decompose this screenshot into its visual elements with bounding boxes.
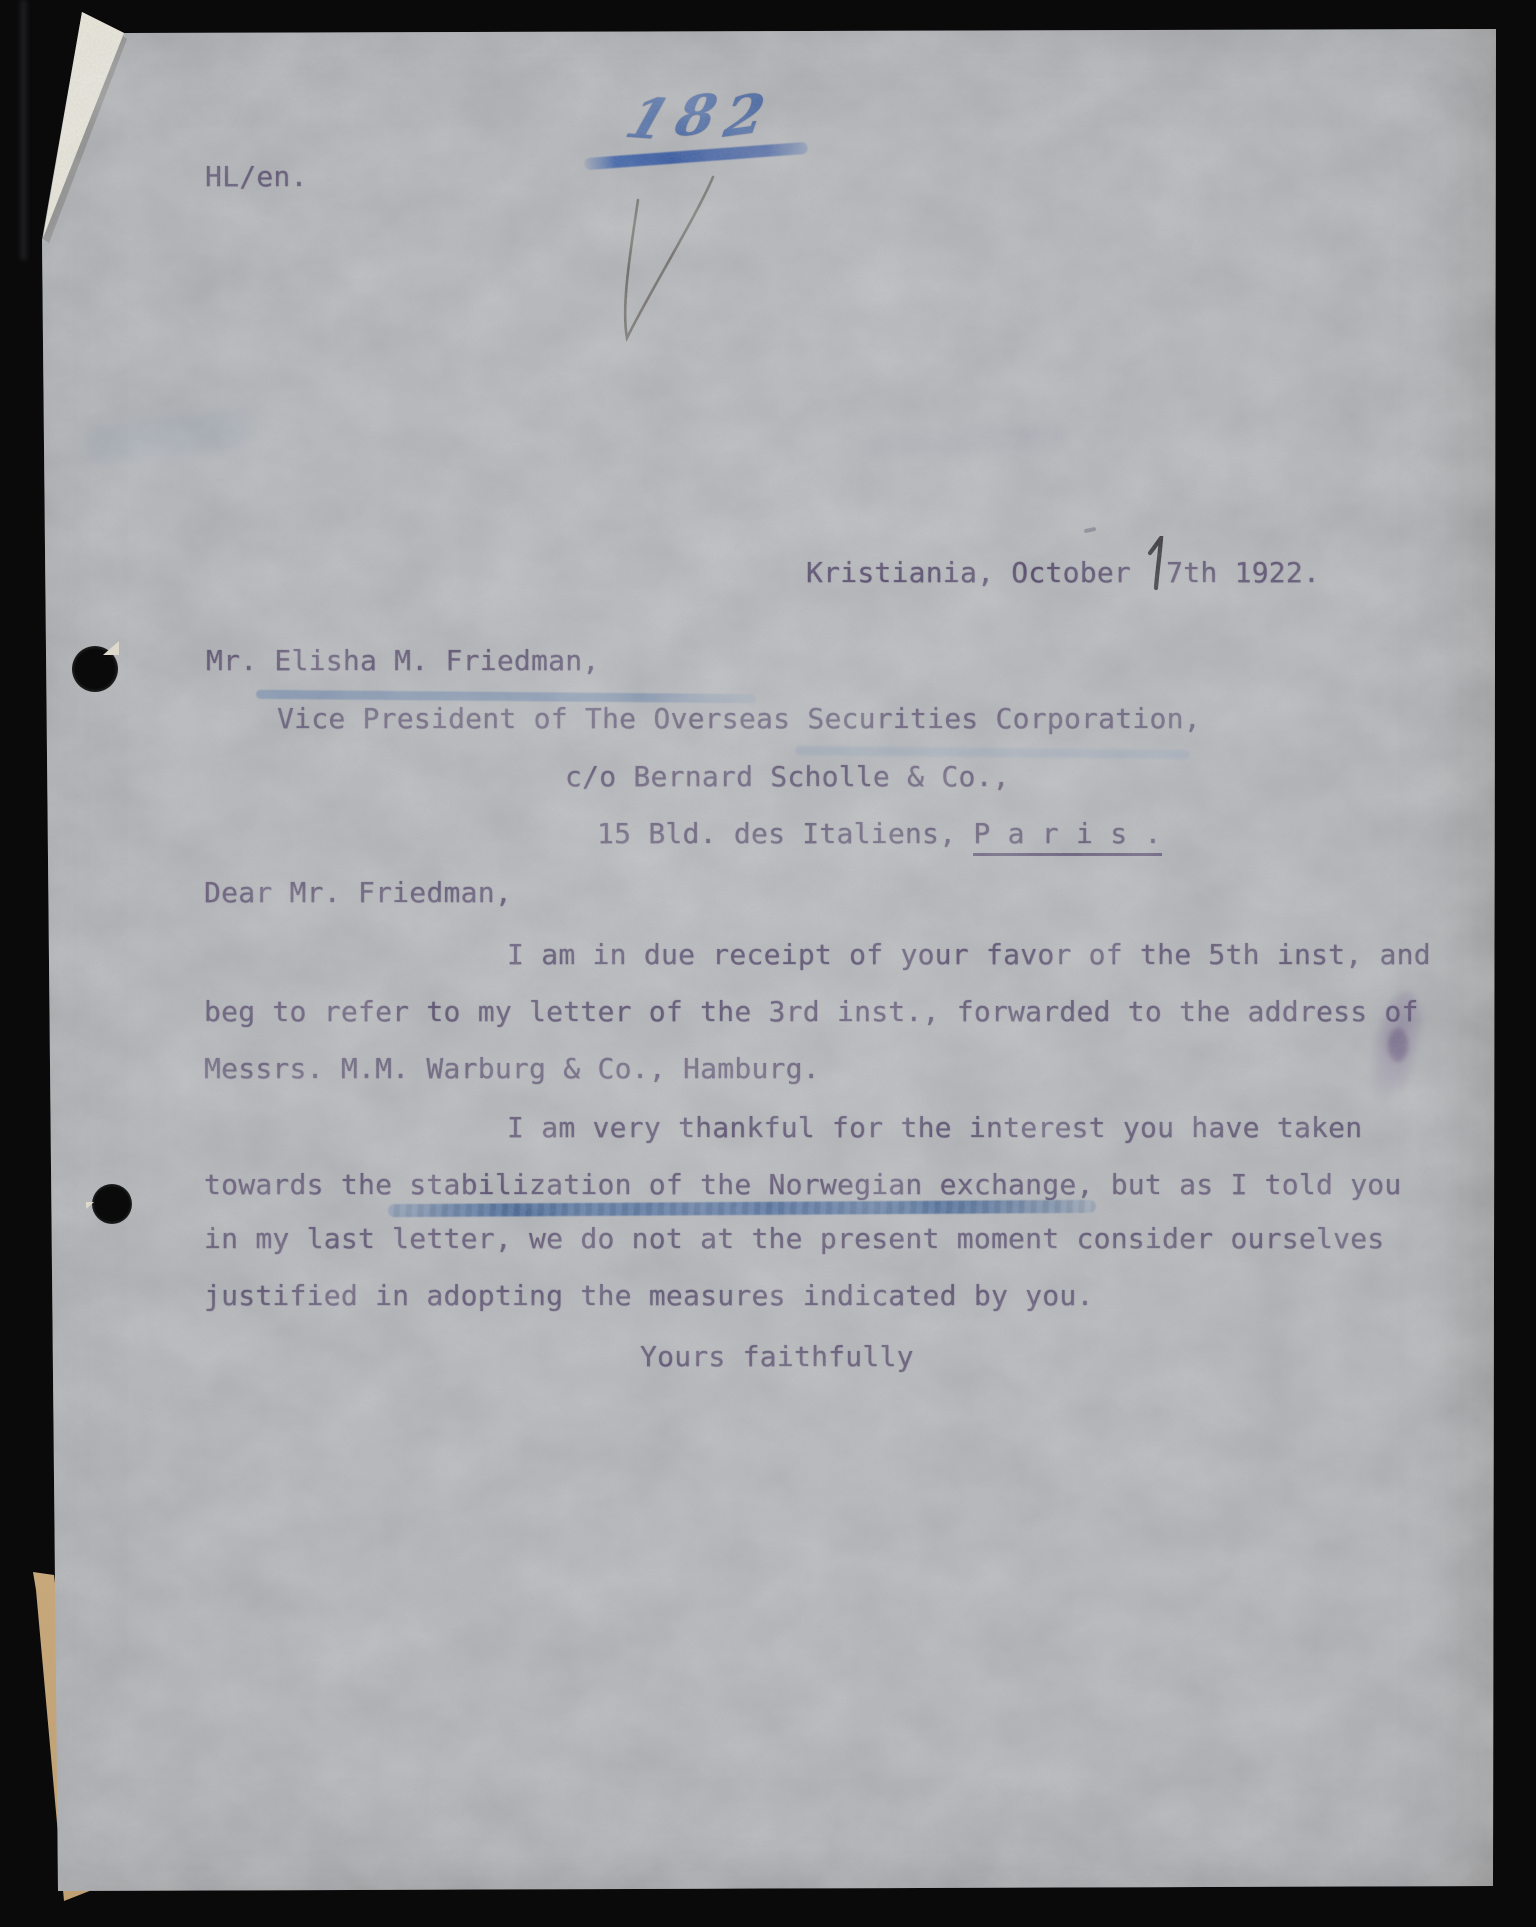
page-number-handwritten: 182	[622, 76, 780, 154]
page-number-digit: 2	[719, 79, 777, 151]
salutation: Dear Mr. Friedman,	[204, 876, 512, 910]
dateline: Kristiania, October 7th 1922.	[806, 540, 1320, 594]
closing: Yours faithfully	[640, 1340, 914, 1374]
recipient-title: Vice President of The Overseas Securitie…	[277, 702, 1201, 736]
body-line-5: towards the stabilization of the Norwegi…	[204, 1168, 1402, 1202]
punch-hole-bottom	[92, 1184, 132, 1224]
body-line-1: I am in due receipt of your favor of the…	[507, 938, 1431, 972]
ink-smudge-dot	[1388, 1028, 1408, 1062]
body-line-3: Messrs. M.M. Warburg & Co., Hamburg.	[204, 1052, 820, 1086]
city-underlined: P a r i s .	[973, 817, 1161, 856]
scanned-letter-page: HL/en. Kristiania, October 7th 1922. Mr.…	[0, 0, 1536, 1927]
body-line-4: I am very thankful for the interest you …	[507, 1111, 1362, 1145]
typist-initials: HL/en.	[205, 160, 308, 194]
pencil-checkmark	[598, 158, 730, 353]
dateline-suffix: 7th 1922.	[1166, 556, 1320, 589]
recipient-careof: c/o Bernard Scholle & Co.,	[565, 760, 1010, 794]
date-inserted-digit-handwritten	[1148, 540, 1166, 594]
scanner-edge-streak	[20, 0, 27, 260]
street-address: 15 Bld. des Italiens,	[597, 817, 973, 850]
dateline-prefix: Kristiania, October	[806, 556, 1148, 589]
body-line-2: beg to refer to my letter of the 3rd ins…	[204, 995, 1419, 1029]
body-line-7: justified in adopting the measures indic…	[204, 1279, 1094, 1313]
body-line-6: in my last letter, we do not at the pres…	[204, 1222, 1384, 1256]
handwritten-one-stroke	[1148, 536, 1166, 594]
recipient-name: Mr. Elisha M. Friedman,	[206, 644, 599, 678]
recipient-address: 15 Bld. des Italiens, P a r i s .	[597, 817, 1162, 851]
